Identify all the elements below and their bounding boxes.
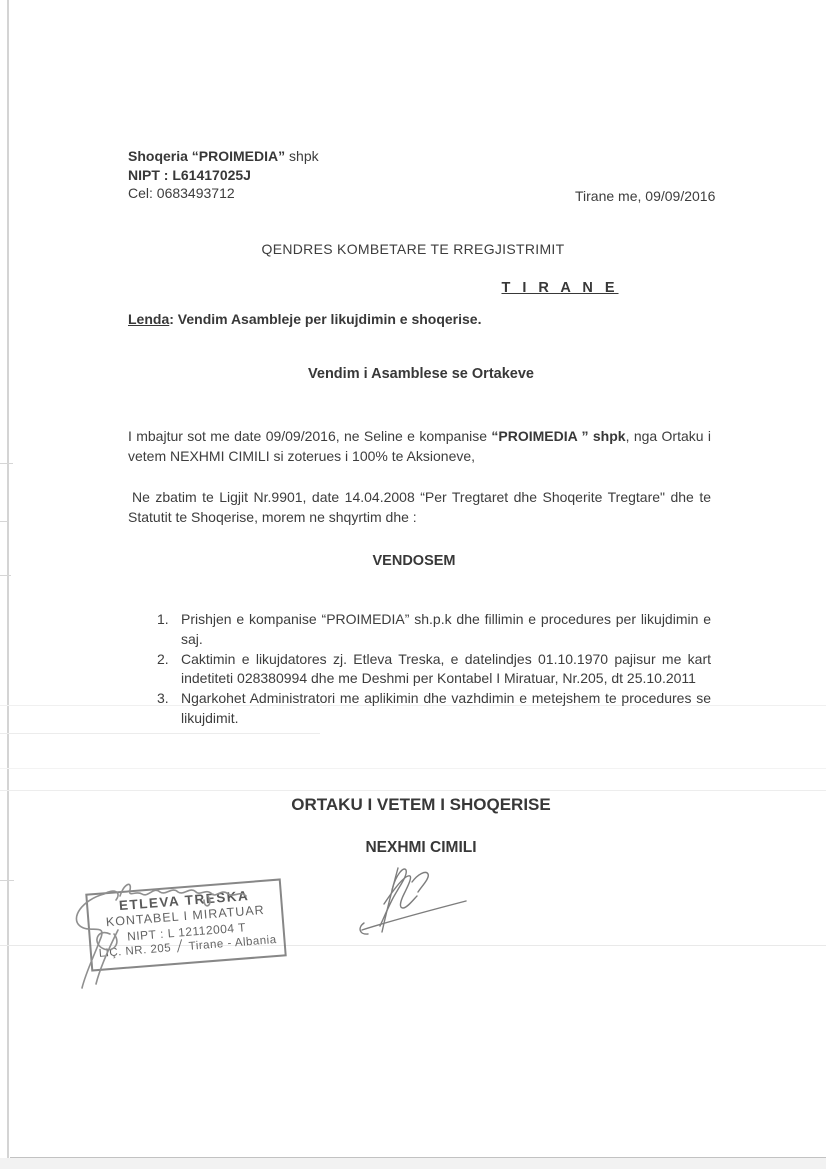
list-item-number: 2. <box>157 650 181 690</box>
document-title: Vendim i Asamblese se Ortakeve <box>0 366 826 382</box>
stamp-signature-scribble <box>58 866 298 1001</box>
list-item: 3. Ngarkohet Administratori me aplikimin… <box>128 689 711 729</box>
list-item: 2. Caktimin e likujdatores zj. Etleva Tr… <box>128 650 711 690</box>
list-item: 1. Prishjen e kompanise “PROIMEDIA” sh.p… <box>128 610 711 650</box>
scan-artifact-tick <box>0 575 11 576</box>
decision-list: 1. Prishjen e kompanise “PROIMEDIA” sh.p… <box>128 610 711 729</box>
body-paragraph-1: I mbajtur sot me date 09/09/2016, ne Sel… <box>128 426 711 466</box>
decision-heading: VENDOSEM <box>0 553 826 569</box>
list-item-text: Prishjen e kompanise “PROIMEDIA” sh.p.k … <box>181 610 711 650</box>
company-suffix: shpk <box>285 148 318 164</box>
closing-name: NEXHMI CIMILI <box>0 839 826 857</box>
company-nipt: NIPT : L61417025J <box>128 166 319 185</box>
scan-artifact-line <box>0 733 320 734</box>
paragraph1-company-bold: “PROIMEDIA ” shpk <box>491 428 625 444</box>
scan-bottom-strip <box>0 1158 826 1169</box>
letterhead: Shoqeria “PROIMEDIA” shpk NIPT : L614170… <box>128 147 319 203</box>
scan-artifact-tick <box>0 463 13 464</box>
subject-text: : Vendim Asambleje per likujdimin e shoq… <box>169 311 481 327</box>
scan-left-edge-line <box>7 0 9 1158</box>
list-item-text: Ngarkohet Administratori me aplikimin dh… <box>181 689 711 729</box>
scan-artifact-tick <box>0 521 9 522</box>
list-item-text: Caktimin e likujdatores zj. Etleva Tresk… <box>181 650 711 690</box>
paragraph1-pre: I mbajtur sot me date 09/09/2016, ne Sel… <box>128 428 491 444</box>
scan-artifact-line <box>0 790 826 791</box>
list-item-number: 1. <box>157 610 181 650</box>
scan-artifact-tick <box>0 880 14 881</box>
place-date-line: Tirane me, 09/09/2016 <box>575 188 710 204</box>
company-phone: Cel: 0683493712 <box>128 184 319 203</box>
subject-line: Lenda: Vendim Asambleje per likujdimin e… <box>128 311 481 327</box>
signature-scribble <box>352 862 477 940</box>
subject-label: Lenda <box>128 311 169 327</box>
recipient-line: QENDRES KOMBETARE TE RREGJISTRIMIT <box>0 241 826 257</box>
recipient-city: T I R A N E <box>460 280 660 296</box>
company-name: Shoqeria “PROIMEDIA” <box>128 148 285 164</box>
scanned-document-page: Shoqeria “PROIMEDIA” shpk NIPT : L614170… <box>0 0 826 1169</box>
closing-role: ORTAKU I VETEM I SHOQERISE <box>0 795 826 815</box>
body-paragraph-2: Ne zbatim te Ligjit Nr.9901, date 14.04.… <box>128 487 711 527</box>
company-name-line: Shoqeria “PROIMEDIA” shpk <box>128 147 319 166</box>
scan-artifact-line <box>0 768 826 769</box>
list-item-number: 3. <box>157 689 181 729</box>
